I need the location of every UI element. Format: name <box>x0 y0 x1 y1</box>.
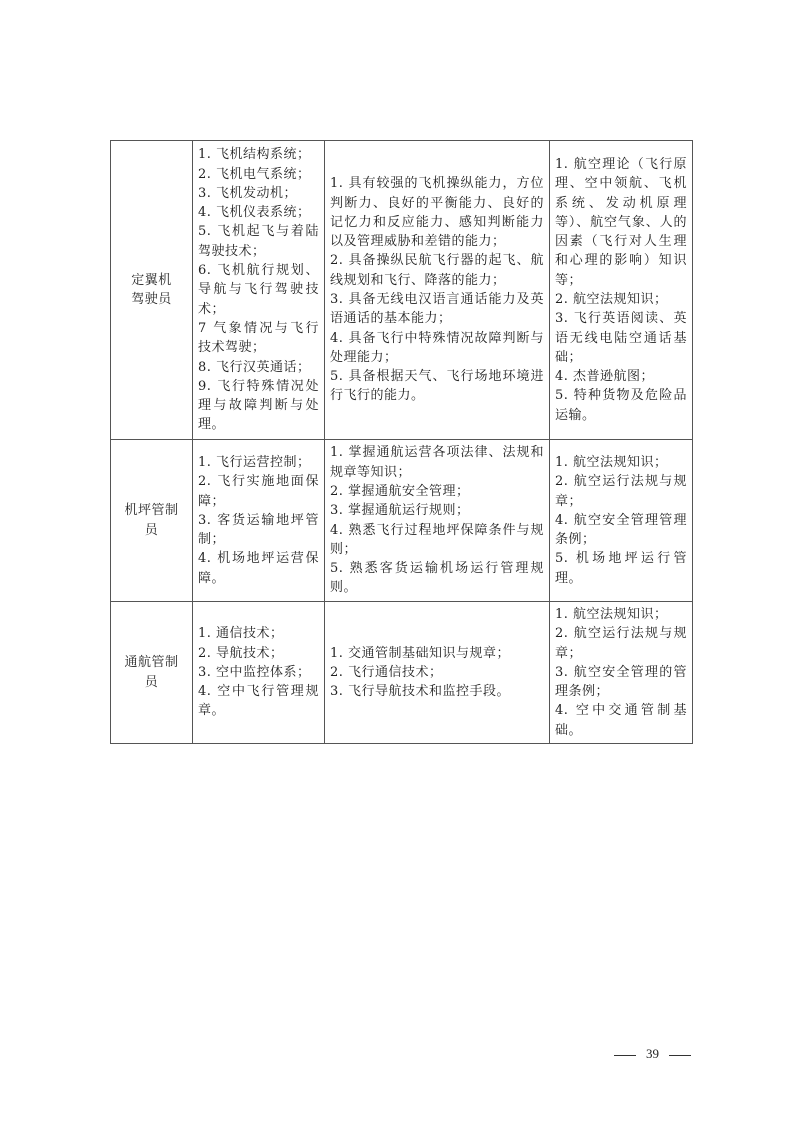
list-item: 1. 掌握通航运营各项法律、法规和规章等知识； <box>330 443 544 482</box>
list-item: 5. 熟悉客货运输机场运行管理规则。 <box>330 559 544 598</box>
list-item: 7 气象情况与飞行技术驾驶； <box>198 319 319 358</box>
list-item: 4. 空中飞行管理规章。 <box>198 682 319 721</box>
abilities-cell: 1. 具有较强的飞机操纵能力，方位判断力、良好的平衡能力、良好的记忆力和反应能力… <box>325 141 550 440</box>
list-item: 3. 客货运输地坪管制； <box>198 511 319 550</box>
knowledge-cell: 1. 航空法规知识； 2. 航空运行法规与规章； 3. 航空安全管理的管理条例；… <box>550 602 693 744</box>
list-item: 8. 飞行汉英通话； <box>198 358 319 377</box>
list-item: 2. 飞行通信技术； <box>330 663 544 682</box>
role-label: 员 <box>116 521 187 540</box>
list-item: 4. 机场地坪运营保障。 <box>198 549 319 588</box>
role-cell: 定翼机 驾驶员 <box>111 141 193 440</box>
list-item: 4. 航空安全管理管理条例； <box>555 511 687 550</box>
list-item: 1. 航空法规知识； <box>555 605 687 624</box>
abilities-cell: 1. 掌握通航运营各项法律、法规和规章等知识； 2. 掌握通航安全管理； 3. … <box>325 440 550 602</box>
role-label: 员 <box>116 673 187 692</box>
list-item: 3. 飞机发动机； <box>198 184 319 203</box>
list-item: 1. 航空理论（飞行原理、空中领航、飞机系统、发动机原理等）、航空气象、人的因素… <box>555 155 687 290</box>
page-number: 39 <box>604 1046 701 1062</box>
table-row: 机坪管制 员 1. 飞行运营控制； 2. 飞行实施地面保障； 3. 客货运输地坪… <box>111 440 693 602</box>
role-cell: 机坪管制 员 <box>111 440 193 602</box>
list-item: 1. 通信技术； <box>198 624 319 643</box>
list-item: 9. 飞行特殊情况处理与故障判断与处理。 <box>198 377 319 435</box>
knowledge-cell: 1. 航空理论（飞行原理、空中领航、飞机系统、发动机原理等）、航空气象、人的因素… <box>550 141 693 440</box>
list-item: 5. 具备根据天气、飞行场地环境进行飞行的能力。 <box>330 367 544 406</box>
role-label: 定翼机 <box>116 271 187 290</box>
list-item: 2. 航空运行法规与规章； <box>555 624 687 663</box>
list-item: 2. 飞机电气系统； <box>198 165 319 184</box>
list-item: 2. 导航技术； <box>198 644 319 663</box>
course-content-cell: 1. 飞机结构系统； 2. 飞机电气系统； 3. 飞机发动机； 4. 飞机仪表系… <box>193 141 325 440</box>
list-item: 4. 飞机仪表系统； <box>198 203 319 222</box>
list-item: 3. 飞行英语阅读、英语无线电陆空通话基础； <box>555 309 687 367</box>
dash-left <box>614 1055 636 1056</box>
list-item: 4. 空中交通管制基础。 <box>555 701 687 740</box>
abilities-cell: 1. 交通管制基础知识与规章； 2. 飞行通信技术； 3. 飞行导航技术和监控手… <box>325 602 550 744</box>
knowledge-cell: 1. 航空法规知识； 2. 航空运行法规与规章； 4. 航空安全管理管理条例； … <box>550 440 693 602</box>
list-item: 1. 飞机结构系统； <box>198 145 319 164</box>
table-row: 通航管制 员 1. 通信技术； 2. 导航技术； 3. 空中监控体系； 4. 空… <box>111 602 693 744</box>
role-label: 驾驶员 <box>116 290 187 309</box>
list-item: 2. 航空运行法规与规章； <box>555 472 687 511</box>
list-item: 2. 飞行实施地面保障； <box>198 472 319 511</box>
list-item: 3. 具备无线电汉语言通话能力及英语通话的基本能力； <box>330 290 544 329</box>
list-item: 4. 具备飞行中特殊情况故障判断与处理能力； <box>330 329 544 368</box>
role-label: 通航管制 <box>116 653 187 672</box>
list-item: 1. 航空法规知识； <box>555 453 687 472</box>
list-item: 1. 具有较强的飞机操纵能力，方位判断力、良好的平衡能力、良好的记忆力和反应能力… <box>330 174 544 251</box>
list-item: 5. 机场地坪运行管理。 <box>555 549 687 588</box>
list-item: 3. 掌握通航运行规则； <box>330 501 544 520</box>
list-item: 2. 具备操纵民航飞行器的起飞、航线规划和飞行、降落的能力； <box>330 251 544 290</box>
course-content-cell: 1. 通信技术； 2. 导航技术； 3. 空中监控体系； 4. 空中飞行管理规章… <box>193 602 325 744</box>
list-item: 5. 飞机起飞与着陆驾驶技术； <box>198 222 319 261</box>
course-content-cell: 1. 飞行运营控制； 2. 飞行实施地面保障； 3. 客货运输地坪管制； 4. … <box>193 440 325 602</box>
list-item: 1. 飞行运营控制； <box>198 453 319 472</box>
role-label: 机坪管制 <box>116 501 187 520</box>
curriculum-table: 定翼机 驾驶员 1. 飞机结构系统； 2. 飞机电气系统； 3. 飞机发动机； … <box>110 140 693 744</box>
list-item: 5. 特种货物及危险品运输。 <box>555 386 687 425</box>
list-item: 2. 航空法规知识； <box>555 290 687 309</box>
list-item: 2. 掌握通航安全管理； <box>330 482 544 501</box>
list-item: 6. 飞机航行规划、导航与飞行驾驶技术； <box>198 261 319 319</box>
list-item: 1. 交通管制基础知识与规章； <box>330 644 544 663</box>
list-item: 3. 飞行导航技术和监控手段。 <box>330 682 544 701</box>
role-cell: 通航管制 员 <box>111 602 193 744</box>
list-item: 3. 航空安全管理的管理条例； <box>555 663 687 702</box>
document-page: 定翼机 驾驶员 1. 飞机结构系统； 2. 飞机电气系统； 3. 飞机发动机； … <box>0 0 793 1122</box>
dash-right <box>669 1055 691 1056</box>
page-number-text: 39 <box>646 1046 659 1061</box>
list-item: 4. 杰普逊航图； <box>555 367 687 386</box>
list-item: 4. 熟悉飞行过程地坪保障条件与规则； <box>330 521 544 560</box>
list-item: 3. 空中监控体系； <box>198 663 319 682</box>
table-row: 定翼机 驾驶员 1. 飞机结构系统； 2. 飞机电气系统； 3. 飞机发动机； … <box>111 141 693 440</box>
